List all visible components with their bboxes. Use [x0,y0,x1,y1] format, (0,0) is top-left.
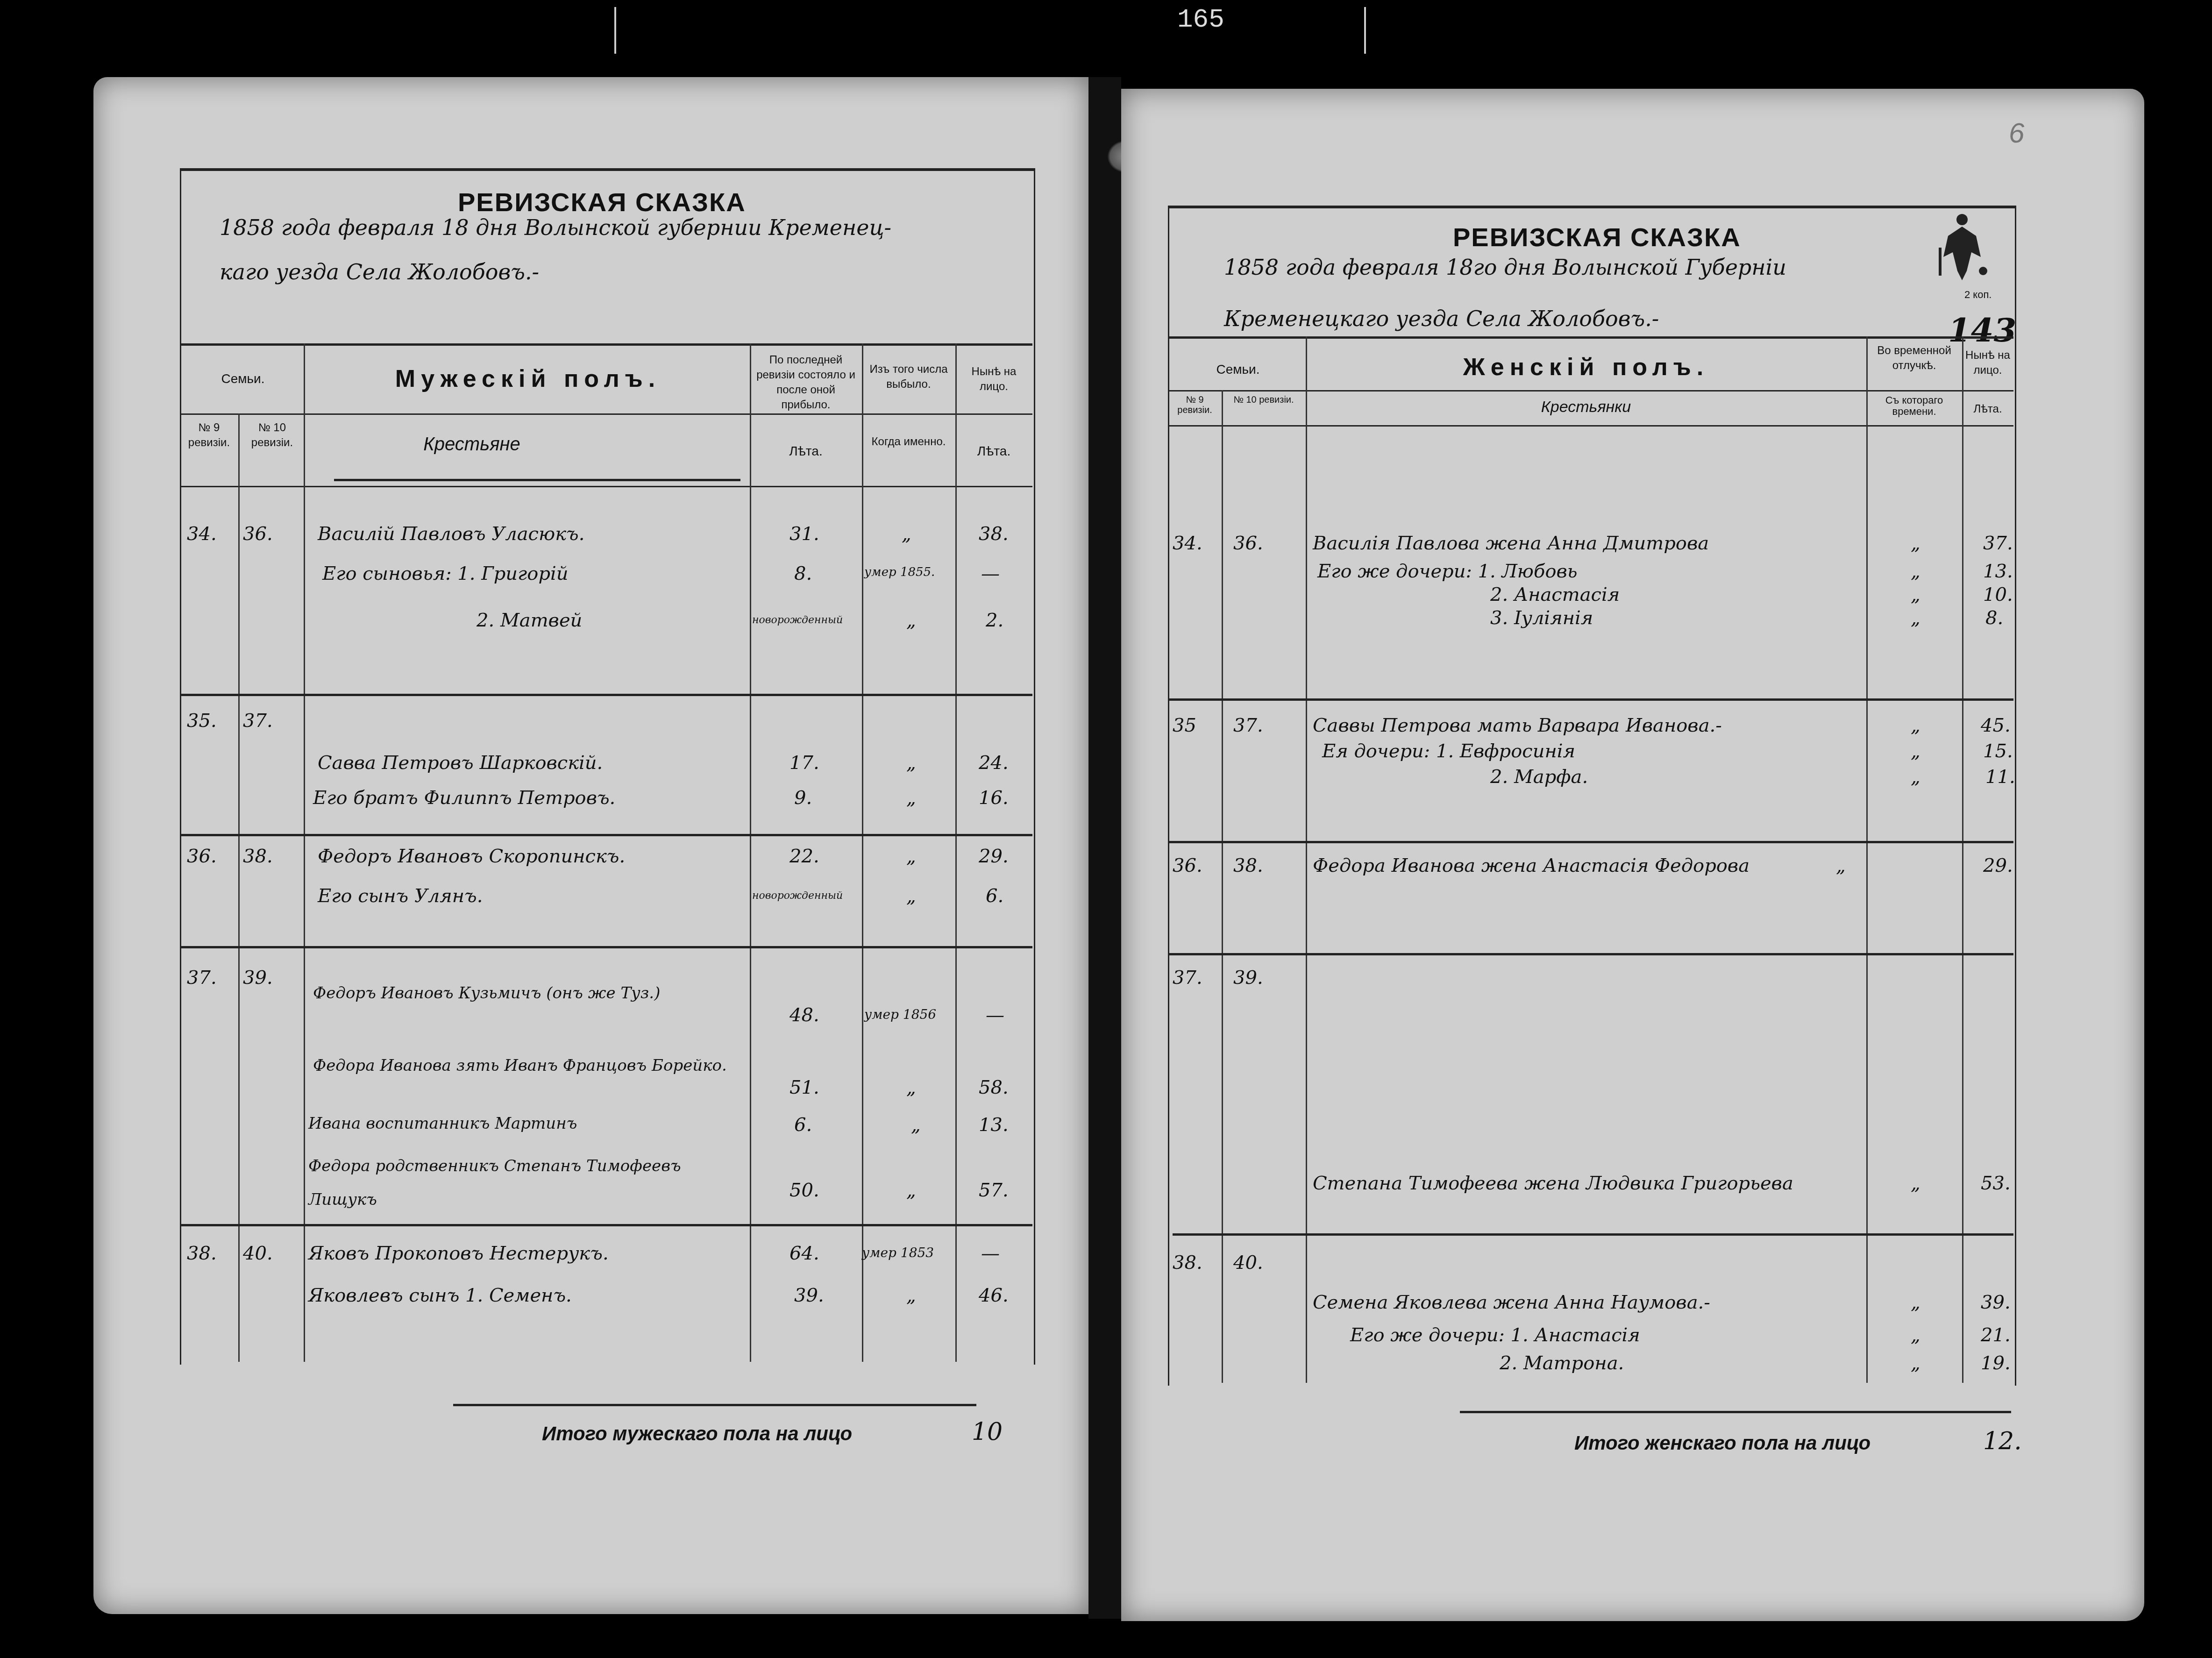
left-person-left: „ [911,1114,921,1136]
right-person-name: Его же дочери: 1. Анастасія [1350,1324,1640,1346]
left-family-n9: 37. [187,967,217,989]
left-person-left: „ [906,752,916,774]
left-person-age-prev: 39. [794,1285,824,1306]
left-person-age-now: — [981,1243,1000,1264]
left-header-rev9: № 9 ревизіи. [180,420,238,450]
left-header-top-rule [180,343,1032,346]
left-header-bottom-rule [180,486,1032,487]
right-person-name: Ея дочери: 1. Евфросинія [1322,740,1575,762]
right-family-n10: 39. [1233,967,1263,989]
right-family-separator [1168,841,2013,843]
right-family-n9: 34. [1173,533,1202,554]
right-family-n9: 35 [1173,715,1196,736]
right-person-name: Его же дочери: 1. Любовь [1317,561,1578,582]
left-person-name: Василій Павловъ Уласюкъ. [318,523,584,545]
right-header-estate: Крестьянки [1308,399,1864,414]
right-header-section: Женскій полъ. [1308,360,1864,375]
left-person-left: „ [906,787,916,809]
right-header-rev10: № 10 ревизіи. [1224,395,1303,405]
left-family-n9: 34. [187,523,217,545]
left-person-age-now: — [981,563,1000,584]
left-person-left: „ [906,885,916,907]
right-person-name: 2. Матрона. [1500,1352,1624,1374]
left-person-name: Его сынъ Улянъ. [318,885,483,907]
right-person-age-now: 13. [1983,561,2013,582]
left-person-age-now: 57. [979,1180,1009,1201]
right-person-name: Василія Павлова жена Анна Дмитрова [1313,533,1709,554]
right-person-name: 3. Іуліянія [1490,607,1593,629]
left-person-left: „ [906,1285,916,1306]
right-family-separator [1173,1233,2013,1236]
right-person-age-now: 10. [1983,584,2013,605]
left-person-age-prev: 48. [789,1004,819,1026]
left-total-label: Итого мужескаго пола на лицо [542,1423,852,1445]
left-person-age-prev: 31. [789,523,819,545]
left-person-age-prev: 51. [789,1077,819,1098]
scan-margin-mark [614,7,616,54]
right-person-absent: „ [1911,1352,1920,1374]
left-person-age-now: 38. [979,523,1009,545]
left-person-age-now: 13. [979,1114,1009,1136]
left-person-name: Яковлевъ сынъ 1. Семенъ. [308,1285,572,1306]
left-person-age-now: 2. [986,610,1003,631]
right-header-mid-rule [1168,390,2013,391]
left-family-separator [180,694,1032,696]
right-subtitle-2: Кременецкаго уезда Села Жолобовъ.- [1224,306,1659,331]
right-total-rule [1460,1411,2011,1413]
right-header-rev9: № 9 ревизіи. [1168,395,1222,415]
right-person-age-now: 53. [1981,1173,2011,1194]
left-header-dropped-sub: Когда именно. [864,434,953,449]
right-person-absent: „ [1911,607,1920,629]
left-header-section: Мужескій полъ. [308,371,747,386]
right-family-n9: 36. [1173,855,1202,876]
right-person-age-now: 19. [1981,1352,2011,1374]
left-family-n9: 36. [187,846,217,867]
right-person-absent: „ [1911,715,1920,736]
right-person-absent: „ [1911,1173,1920,1194]
left-person-left: „ [906,610,916,631]
right-header-now-sub: Лѣта. [1964,402,2011,417]
right-total-label: Итого женскаго пола на лицо [1574,1432,1871,1454]
left-person-age-prev: новорожденный [752,614,843,626]
left-person-left: „ [906,1180,916,1201]
left-person-age-now: 58. [979,1077,1009,1098]
left-person-age-now: — [986,1004,1004,1026]
left-person-name: Его сыновья: 1. Григорій [322,563,569,584]
right-person-absent: „ [1911,584,1920,605]
left-family-n10: 39. [243,967,273,989]
left-family-separator [180,834,1032,836]
left-family-n10: 40. [243,1243,273,1264]
left-col-divider [238,413,240,1362]
left-person-age-now: 16. [979,787,1009,809]
right-person-absent: „ [1911,561,1920,582]
left-header-last-rev: По последней ревизіи состояло и после он… [752,353,860,413]
scan-frame-number: 165 [1177,5,1224,35]
left-person-name: Федора родственникъ Степанъ Тимофеевъ Ли… [308,1149,738,1217]
left-header-dropped: Изъ того числа выбыло. [864,362,953,392]
right-family-n10: 38. [1233,855,1263,876]
left-person-left: „ [906,846,916,867]
right-header-now: Нынѣ на лицо. [1964,348,2011,378]
right-person-name: 2. Марфа. [1490,766,1588,788]
right-col-divider [1866,336,1868,1383]
left-title: РЕВИЗСКАЯ СКАЗКА [458,187,746,217]
right-person-name: Федора Иванова жена Анастасія Федорова [1313,855,1750,876]
left-col-divider [304,343,305,1362]
right-person-absent: „ [1911,1292,1920,1313]
left-header-family: Семьи. [187,371,299,386]
right-person-name: Саввы Петрова мать Варвара Иванова.- [1313,715,1722,736]
right-header-top-rule [1168,336,2013,339]
left-person-age-prev: 22. [789,846,819,867]
left-person-name: 2. Матвей [477,610,582,631]
left-col-divider [862,343,863,1362]
right-family-n10: 37. [1233,715,1263,736]
left-estate-underline [334,479,740,481]
left-total-rule [453,1404,976,1406]
left-person-age-now: 46. [979,1285,1009,1306]
left-family-n9: 35. [187,710,217,732]
right-person-name: Степана Тимофеева жена Людвика Григорьев… [1313,1173,1793,1194]
right-form-frame [1168,206,2016,1386]
right-family-n9: 37. [1173,967,1202,989]
right-person-age-now: 11. [1985,766,2015,788]
book-spine [1088,77,1121,1619]
right-subtitle-1: 1858 года февраля 18го дня Волынской Губ… [1224,255,1786,280]
right-header-family: Семьи. [1173,362,1303,377]
left-header-rev10: № 10 ревизіи. [241,420,304,450]
left-person-left: умер 1855. [864,565,935,579]
right-col-divider [1962,336,1963,1383]
double-headed-eagle-emblem [1934,210,1990,290]
right-family-n10: 40. [1233,1252,1263,1274]
left-person-name: Федоръ Ивановъ Скоропинскъ. [318,846,625,867]
left-person-name: Савва Петровъ Шарковскій. [318,752,603,774]
left-person-age-prev: новорожденный [752,890,843,902]
left-person-name: Яковъ Прокоповъ Нестерукъ. [308,1243,609,1264]
left-family-n9: 38. [187,1243,217,1264]
right-person-age-now: 29. [1983,855,2013,876]
left-person-age-now: 24. [979,752,1009,774]
left-header-now: Нынѣ на лицо. [958,364,1030,394]
left-col-divider [955,343,957,1362]
stamp-value: 2 коп. [1964,289,1992,301]
left-person-name: Ивана воспитанникъ Мартинъ [308,1114,577,1133]
left-family-n10: 38. [243,846,273,867]
right-family-separator [1168,698,2013,701]
left-person-left: „ [902,523,911,545]
left-col-divider [750,343,751,1362]
left-person-age-prev: 50. [789,1180,819,1201]
right-person-absent: „ [1911,1324,1920,1346]
right-person-age-now: 37. [1983,533,2013,554]
corner-mark: 6 [2009,117,2024,149]
right-col-divider [1306,336,1307,1383]
right-family-n9: 38. [1173,1252,1202,1274]
right-person-age-now: 39. [1981,1292,2011,1313]
left-person-age-prev: 64. [789,1243,819,1264]
right-person-age-now: 15. [1983,740,2013,762]
right-total-value: 12. [1983,1427,2022,1455]
left-person-name: Его братъ Филиппъ Петровъ. [313,787,615,809]
left-family-n10: 36. [243,523,273,545]
left-person-age-prev: 8. [794,563,812,584]
right-header-absent-sub: Съ котораго времени. [1869,395,1960,417]
right-person-absent: „ [1911,740,1920,762]
left-person-age-prev: 6. [794,1114,812,1136]
left-person-age-prev: 17. [789,752,819,774]
left-person-age-now: 6. [986,885,1003,907]
left-person-left: умер 1853 [862,1245,934,1260]
left-header-estate: Крестьяне [308,437,635,452]
left-person-age-now: 29. [979,846,1009,867]
left-person-left: „ [906,1077,916,1098]
left-person-left: умер 1856 [864,1007,936,1022]
right-person-absent: „ [1836,855,1846,876]
right-title: РЕВИЗСКАЯ СКАЗКА [1453,222,1741,252]
right-person-age-now: 21. [1981,1324,2011,1346]
left-family-n10: 37. [243,710,273,732]
right-person-age-now: 45. [1981,715,2011,736]
right-person-name: 2. Анастасія [1490,584,1620,605]
right-header-absent: Во временной отлучкѣ. [1869,343,1960,373]
right-person-absent: „ [1911,533,1920,554]
right-person-name: Семена Яковлева жена Анна Наумова.- [1313,1292,1710,1313]
left-subtitle-2: каго уезда Села Жолобовъ.- [220,259,539,285]
left-header-last-rev-sub: Лѣта. [752,444,860,459]
left-header-now-sub: Лѣта. [958,444,1030,459]
right-person-absent: „ [1911,766,1920,788]
left-person-age-prev: 9. [794,787,812,809]
left-person-name: Федоръ Ивановъ Кузьмичъ (онъ же Туз.) [313,976,743,1010]
left-family-separator [180,1224,1032,1226]
left-total-value: 10 [972,1418,1003,1446]
scan-margin-mark [1364,7,1366,54]
left-family-separator [180,946,1032,948]
right-person-age-now: 8. [1985,607,2003,629]
right-family-separator [1168,953,2013,955]
right-header-bottom-rule [1168,425,2013,427]
right-family-n10: 36. [1233,533,1263,554]
left-person-name: Федора Иванова зять Иванъ Францовъ Борей… [313,1049,743,1082]
left-subtitle-1: 1858 года февраля 18 дня Волынской губер… [220,215,891,240]
left-header-mid-rule [180,413,1032,415]
